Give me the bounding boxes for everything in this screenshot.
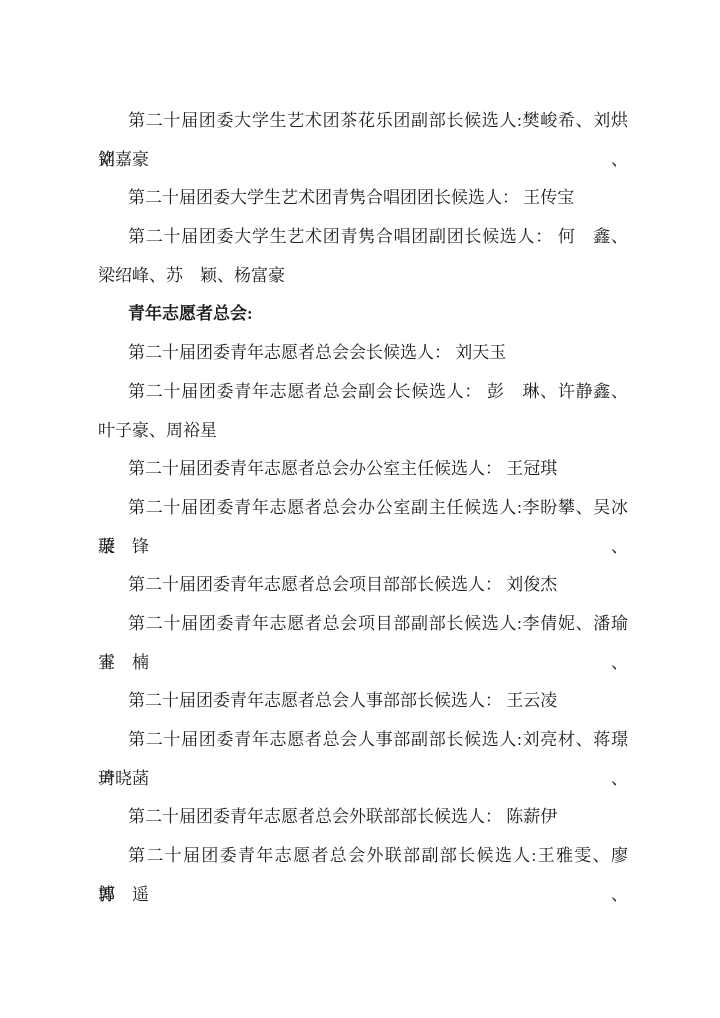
document-line: 第二十届团委青年志愿者总会办公室副主任候选人:李盼攀、吴冰璇、 <box>98 489 628 528</box>
document-line: 第二十届团委青年志愿者总会人事部副部长候选人:刘亮材、蒋璟琦、 <box>98 721 628 760</box>
candidate-paragraph: 第二十届团委青年志愿者总会办公室副主任候选人:李盼攀、吴冰璇、栗 锋 <box>98 489 628 566</box>
document-line: 第二十届团委青年志愿者总会外联部部长候选人： 陈薪伊 <box>98 798 628 837</box>
document-line: 第二十届团委青年志愿者总会项目部部长候选人： 刘俊杰 <box>98 566 628 605</box>
document-line: 青年志愿者总会: <box>98 295 628 334</box>
candidate-paragraph: 第二十届团委大学生艺术团茶花乐团副部长候选人:樊峻希、刘烘铭、刘嘉豪 <box>98 102 628 179</box>
document-line: 第二十届团委青年志愿者总会外联部副部长候选人:王雅雯、廖 博、 <box>98 837 628 876</box>
document-line: 第二十届团委青年志愿者总会副会长候选人： 彭 琳、许静鑫、 <box>98 373 628 412</box>
document-page: 第二十届团委大学生艺术团茶花乐团副部长候选人:樊峻希、刘烘铭、刘嘉豪第二十届团委… <box>0 0 720 1018</box>
candidate-paragraph: 第二十届团委青年志愿者总会办公室主任候选人： 王冠琪 <box>98 450 628 489</box>
document-line: 第二十届团委青年志愿者总会会长候选人： 刘天玉 <box>98 334 628 373</box>
candidate-paragraph: 第二十届团委大学生艺术团青隽合唱团团长候选人： 王传宝 <box>98 179 628 218</box>
document-line: 梁绍峰、苏 颖、杨富豪 <box>98 257 628 296</box>
document-line: 第二十届团委大学生艺术团茶花乐团副部长候选人:樊峻希、刘烘铭、 <box>98 102 628 141</box>
document-line: 第二十届团委大学生艺术团青隽合唱团副团长候选人： 何 鑫、 <box>98 218 628 257</box>
candidate-paragraph: 第二十届团委青年志愿者总会副会长候选人： 彭 琳、许静鑫、叶子豪、周裕星 <box>98 373 628 450</box>
document-line: 第二十届团委青年志愿者总会人事部部长候选人： 王云凌 <box>98 682 628 721</box>
document-line: 第二十届团委大学生艺术团青隽合唱团团长候选人： 王传宝 <box>98 179 628 218</box>
candidate-paragraph: 第二十届团委青年志愿者总会外联部部长候选人： 陈薪伊 <box>98 798 628 837</box>
document-line: 第二十届团委青年志愿者总会项目部副部长候选人:李倩妮、潘瑜睿、 <box>98 605 628 644</box>
candidate-paragraph: 第二十届团委青年志愿者总会项目部副部长候选人:李倩妮、潘瑜睿、王 楠 <box>98 605 628 682</box>
document-text-block: 第二十届团委大学生艺术团茶花乐团副部长候选人:樊峻希、刘烘铭、刘嘉豪第二十届团委… <box>98 102 628 914</box>
candidate-paragraph: 第二十届团委大学生艺术团青隽合唱团副团长候选人： 何 鑫、梁绍峰、苏 颖、杨富豪 <box>98 218 628 295</box>
candidate-paragraph: 第二十届团委青年志愿者总会人事部部长候选人： 王云凌 <box>98 682 628 721</box>
candidate-paragraph: 第二十届团委青年志愿者总会会长候选人： 刘天玉 <box>98 334 628 373</box>
candidate-paragraph: 第二十届团委青年志愿者总会人事部副部长候选人:刘亮材、蒋璟琦、尹晓菡 <box>98 721 628 798</box>
document-line: 第二十届团委青年志愿者总会办公室主任候选人： 王冠琪 <box>98 450 628 489</box>
candidate-paragraph: 第二十届团委青年志愿者总会外联部副部长候选人:王雅雯、廖 博、郭 遥 <box>98 837 628 914</box>
section-heading: 青年志愿者总会: <box>98 295 628 334</box>
candidate-paragraph: 第二十届团委青年志愿者总会项目部部长候选人： 刘俊杰 <box>98 566 628 605</box>
document-line: 叶子豪、周裕星 <box>98 412 628 451</box>
